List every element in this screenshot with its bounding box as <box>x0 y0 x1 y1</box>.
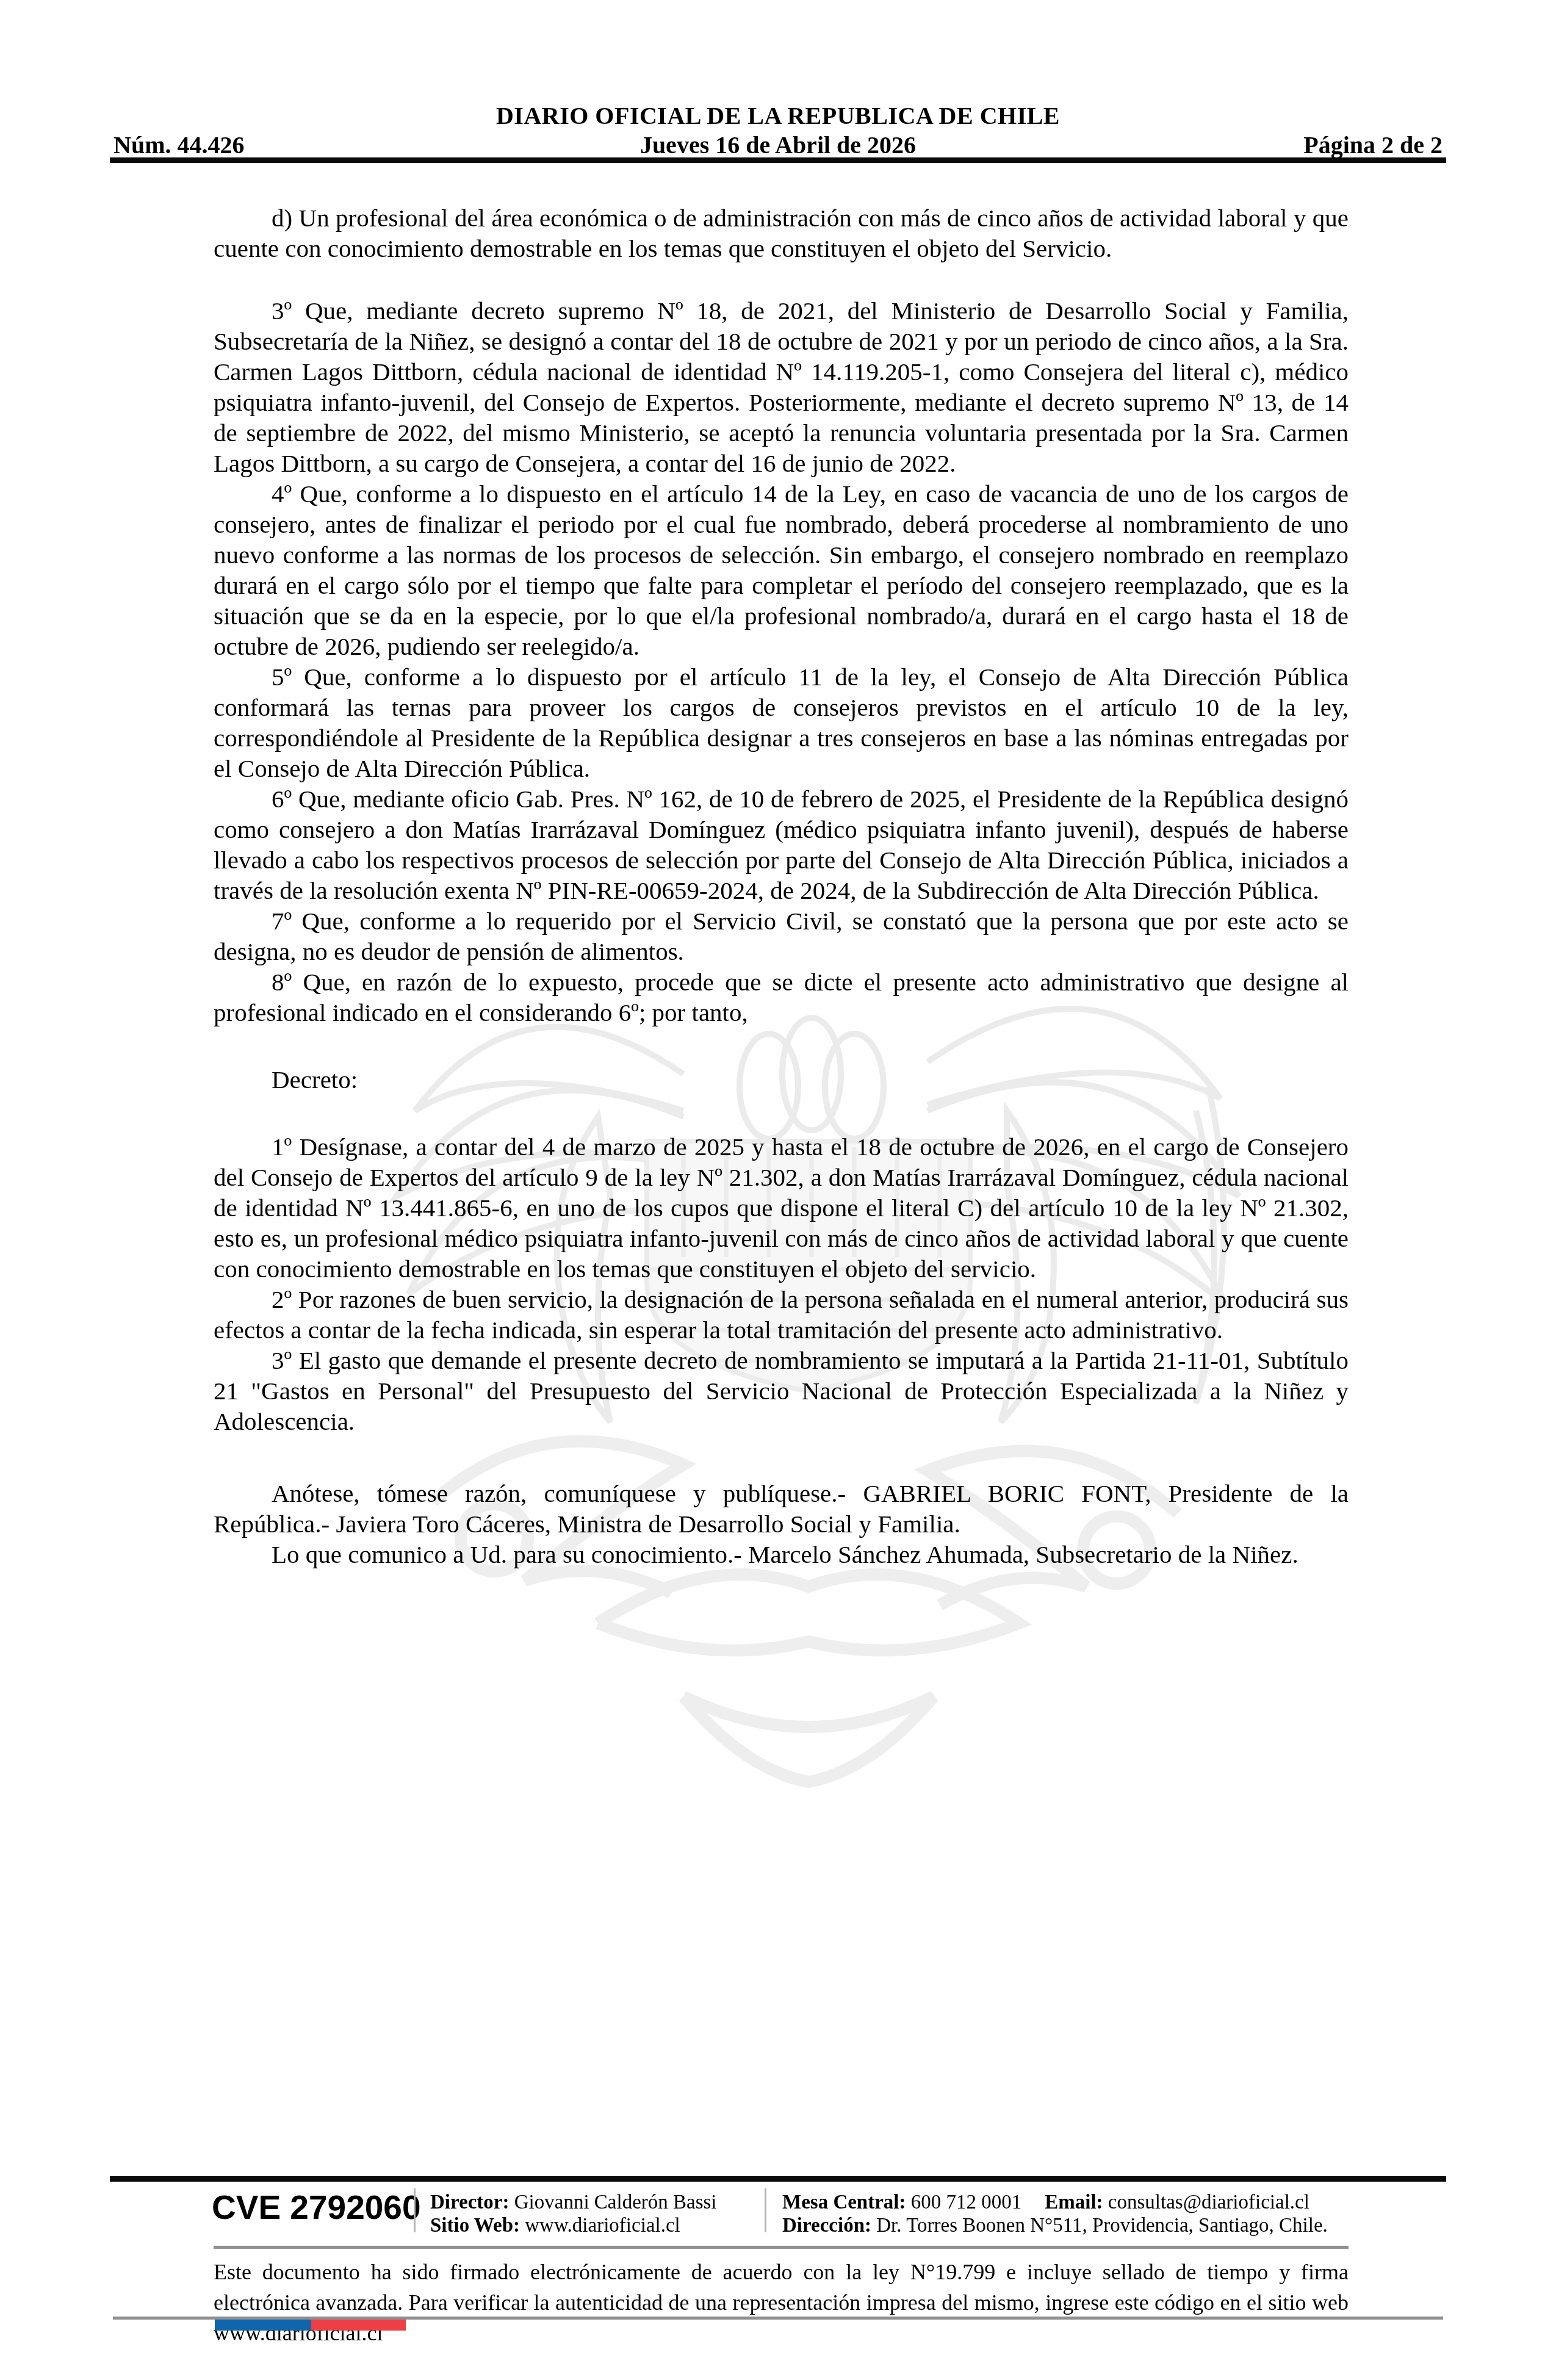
sitio-web-line: Sitio Web: www.diarioficial.cl <box>430 2214 717 2237</box>
director-line: Director: Giovanni Calderón Bassi <box>430 2191 717 2214</box>
header-row: Núm. 44.426 Jueves 16 de Abril de 2026 P… <box>110 132 1446 160</box>
email-label: Email: <box>1045 2191 1103 2213</box>
mesa-central-label: Mesa Central: <box>782 2191 906 2213</box>
mesa-central-line: Mesa Central: 600 712 0001Email: consult… <box>782 2191 1328 2214</box>
masthead-title: DIARIO OFICIAL DE LA REPUBLICA DE CHILE <box>110 103 1446 129</box>
footer-contact-column: Mesa Central: 600 712 0001Email: consult… <box>782 2191 1328 2237</box>
resolutivo-1: 1º Desígnase, a contar del 4 de marzo de… <box>214 1131 1349 1284</box>
email-value: consultas@diarioficial.cl <box>1103 2191 1309 2213</box>
signature-paragraph: Anótese, tómese razón, comuníquese y pub… <box>214 1478 1349 1539</box>
footer-director-column: Director: Giovanni Calderón Bassi Sitio … <box>430 2191 717 2237</box>
direccion-label: Dirección: <box>782 2215 871 2237</box>
considerando-7: 7º Que, conforme a lo requerido por el S… <box>214 906 1349 967</box>
footer-divider-1 <box>414 2188 416 2232</box>
chile-flag-red-block <box>311 2320 406 2331</box>
direccion-value: Dr. Torres Boonen N°511, Providencia, Sa… <box>871 2215 1328 2237</box>
sitio-web-label: Sitio Web: <box>430 2215 520 2237</box>
considerando-4: 4º Que, conforme a lo dispuesto en el ar… <box>214 478 1349 662</box>
footer-rule-top <box>110 2176 1446 2182</box>
chile-flag <box>215 2320 406 2331</box>
transmittal-paragraph: Lo que comunico a Ud. para su conocimien… <box>214 1539 1349 1570</box>
direccion-line: Dirección: Dr. Torres Boonen N°511, Prov… <box>782 2214 1328 2237</box>
resolutivo-2: 2º Por razones de buen servicio, la desi… <box>214 1284 1349 1345</box>
footer-divider-2 <box>765 2188 766 2232</box>
sitio-web-value: www.diarioficial.cl <box>520 2215 680 2237</box>
paragraph-literal-d: d) Un profesional del área económica o d… <box>214 203 1349 264</box>
considerando-8: 8º Que, en razón de lo expuesto, procede… <box>214 967 1349 1028</box>
footer-rule-middle <box>214 2246 1349 2249</box>
page-indicator: Página 2 de 2 <box>1303 132 1443 159</box>
considerando-3: 3º Que, mediante decreto supremo Nº 18, … <box>214 295 1349 478</box>
director-value: Giovanni Calderón Bassi <box>509 2191 716 2213</box>
director-label: Director: <box>430 2191 509 2213</box>
official-gazette-page: DIARIO OFICIAL DE LA REPUBLICA DE CHILE … <box>0 0 1556 2380</box>
decreto-heading: Decreto: <box>214 1064 1349 1095</box>
header-rule <box>110 157 1446 163</box>
cve-code: CVE 2792060 <box>212 2190 407 2229</box>
document-body: d) Un profesional del área económica o d… <box>214 203 1349 1570</box>
issue-date: Jueves 16 de Abril de 2026 <box>110 132 1446 159</box>
chile-flag-blue-block <box>215 2320 311 2331</box>
mesa-central-value: 600 712 0001 <box>906 2191 1022 2213</box>
resolutivo-3: 3º El gasto que demande el presente decr… <box>214 1345 1349 1437</box>
considerando-6: 6º Que, mediante oficio Gab. Pres. Nº 16… <box>214 784 1349 906</box>
considerando-5: 5º Que, conforme a lo dispuesto por el a… <box>214 662 1349 784</box>
signature-disclaimer: Este documento ha sido firmado electróni… <box>214 2257 1349 2348</box>
